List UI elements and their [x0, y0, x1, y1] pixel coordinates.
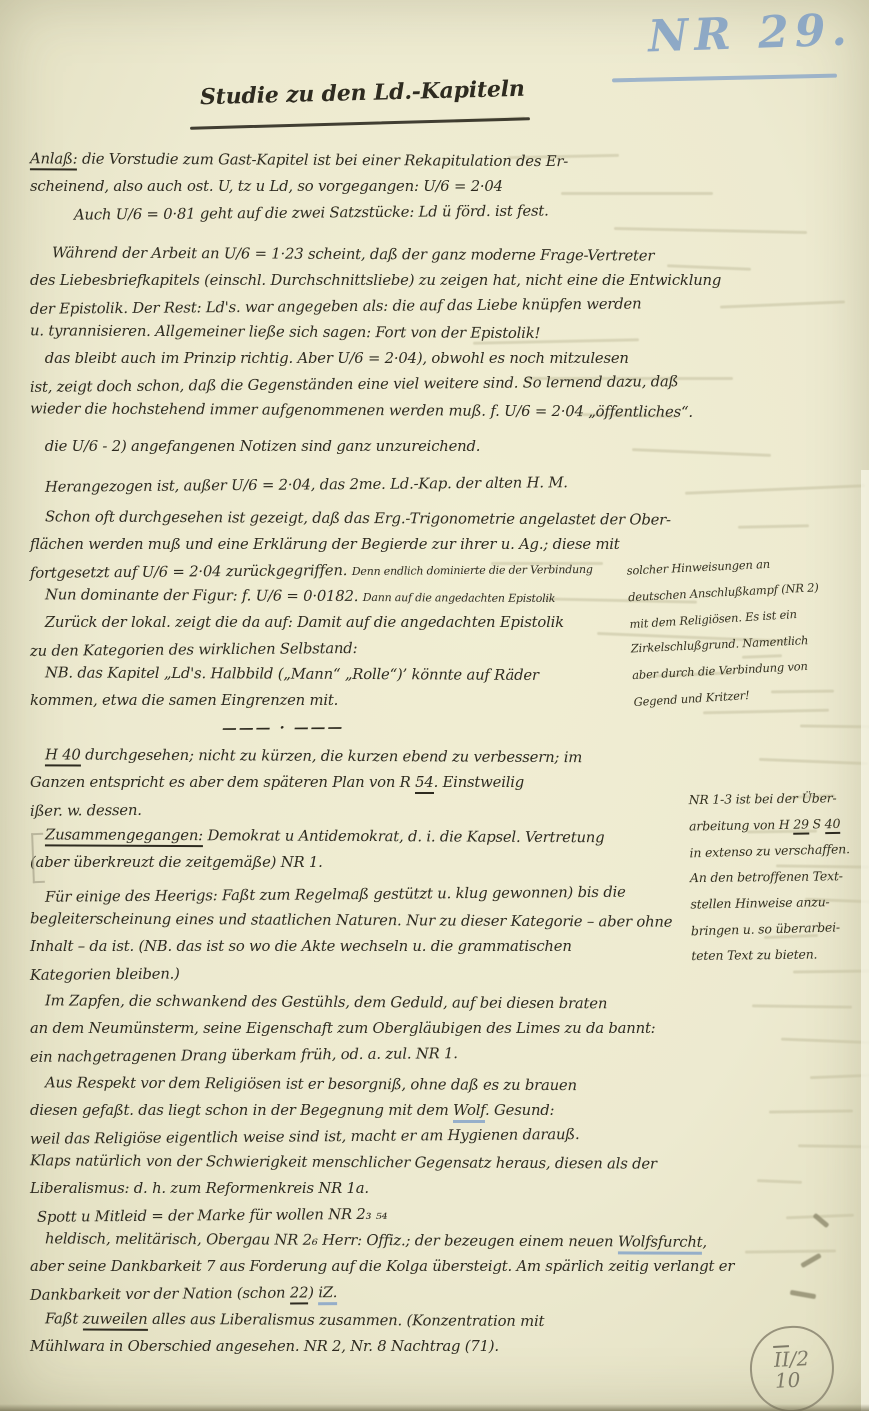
bleed-through-stroke [812, 1213, 829, 1228]
manuscript-page: NR 29. Studie zu den Ld.-Kapiteln Anlaß:… [0, 0, 869, 1411]
bleed-through-stroke [790, 1290, 816, 1299]
manuscript-line: Klaps natürlich von der Schwierigkeit me… [30, 1148, 675, 1177]
manuscript-line: Während der Arbeit an U/6 = 1·23 scheint… [52, 240, 675, 269]
manuscript-line: Kategorien bleiben.) [30, 957, 675, 989]
manuscript-line: Zusammengegangen: Demokrat u Antidemokra… [45, 822, 675, 851]
manuscript-line: Nun dominante der Figur: f. U/6 = 0·0182… [45, 582, 675, 611]
margin-note-line: NR 1-3 ist bei der Über- [688, 785, 866, 813]
margin-note-line: stellen Hinweise anzu- [690, 888, 868, 917]
bleed-through-stroke [759, 758, 868, 765]
manuscript-line: u. tyrannisieren. Allgemeiner ließe sich… [30, 318, 675, 347]
manuscript-line: Im Zapfen, die schwankend des Gestühls, … [45, 988, 675, 1017]
bleed-through-stroke [786, 1214, 854, 1220]
bleed-through-stroke [800, 724, 869, 728]
manuscript-line: wieder die hochstehend immer aufgenommen… [30, 396, 675, 425]
manuscript-line: des Liebesbriefkapitels (einschl. Durchs… [30, 268, 675, 294]
manuscript-line: diesen gefaßt. das liegt schon in der Be… [30, 1098, 675, 1124]
manuscript-line: Aus Respekt vor dem Religiösen ist er be… [45, 1070, 675, 1099]
bleed-through-stroke [798, 1144, 869, 1148]
manuscript-line: Liberalismus: d. h. zum Reformenkreis NR… [30, 1176, 675, 1202]
paper-edge-highlight [861, 470, 869, 1411]
bleed-through-stroke [738, 524, 809, 528]
manuscript-line: Auch U/6 = 0·81 geht auf die zwei Satzst… [74, 197, 675, 228]
margin-note-anschlusskampf: solcher Hinweisungen andeutschen Anschlu… [626, 546, 869, 714]
manuscript-line: das bleibt auch im Prinzip richtig. Aber… [45, 346, 675, 372]
manuscript-line: ißer. w. dessen. [30, 793, 675, 825]
bleed-through-stroke [800, 1253, 822, 1268]
manuscript-line: Faßt zuweilen alles aus Liberalismus zus… [45, 1306, 675, 1335]
pencil-bracket [31, 833, 45, 883]
stamp-page-number: 10 [774, 1370, 800, 1391]
bleed-through-stroke [752, 1004, 852, 1008]
manuscript-line: Inhalt – da ist. (NB. das ist so wo die … [30, 934, 675, 960]
manuscript-line: heldisch, melitärisch, Obergau NR 2₆ Her… [45, 1226, 675, 1255]
bleed-through-stroke [781, 1038, 869, 1046]
bleed-through-stroke [745, 1249, 836, 1253]
manuscript-line: Herangezogen ist, außer U/6 = 2·04, das … [45, 469, 675, 500]
manuscript-line: Ganzen entspricht es aber dem späteren P… [30, 770, 675, 796]
page-number-label: NR 29. [647, 4, 853, 62]
body-lines: Anlaß: die Vorstudie zum Gast-Kapitel is… [30, 148, 675, 1360]
archive-stamp: II/2 10 [748, 1324, 836, 1411]
bleed-through-stroke [769, 1109, 853, 1113]
bleed-through-stroke [757, 1179, 802, 1184]
margin-note-line: bringen u. so überarbei- [691, 914, 869, 945]
title-underline [190, 117, 530, 129]
manuscript-line: Schon oft durchgesehen ist gezeigt, daß … [45, 504, 675, 533]
manuscript-line: aber seine Dankbarkeit 7 aus Forderung a… [30, 1254, 675, 1280]
margin-note-nr1-3: NR 1-3 ist bei der Über-arbeitung von H … [688, 784, 869, 969]
bleed-through-stroke [720, 300, 845, 308]
manuscript-line: an dem Neumünsterm, seine Eigenschaft zu… [30, 1016, 675, 1042]
bleed-through-stroke [667, 264, 751, 271]
manuscript-line: begleiterscheinung eines und staatlichen… [30, 906, 675, 935]
margin-note-line: teten Text zu bieten. [691, 941, 869, 969]
manuscript-line: ein nachgetragenen Drang überkam früh, o… [30, 1039, 675, 1071]
bleed-through-stroke [685, 484, 865, 495]
manuscript-line: ——— · ——— [222, 712, 675, 742]
manuscript-line: (aber überkreuzt die zeitgemäße) NR 1. [30, 850, 675, 876]
manuscript-line: flächen werden muß und eine Erklärung de… [30, 532, 675, 558]
bleed-through-stroke [793, 969, 869, 973]
manuscript-line: scheinend, also auch ost. U, tz u Ld, so… [30, 174, 675, 200]
margin-note-line: An den betroffenen Text- [690, 863, 868, 891]
manuscript-line: H 40 durchgesehen; nicht zu kürzen, die … [45, 742, 675, 771]
manuscript-line: Anlaß: die Vorstudie zum Gast-Kapitel is… [30, 146, 675, 175]
manuscript-line: Mühlwara in Oberschied angesehen. NR 2, … [30, 1334, 675, 1360]
page-number-underline [612, 74, 837, 83]
manuscript-line: NB. das Kapitel „Ld's. Halbbild („Mann“ … [45, 660, 675, 689]
manuscript-line: Zurück der lokal. zeigt die da auf: Dami… [45, 610, 675, 636]
manuscript-line: die U/6 - 2) angefangenen Notizen sind g… [45, 434, 675, 460]
paper-edge-shadow [0, 1404, 869, 1411]
manuscript-line: kommen, etwa die samen Eingrenzen mit. [30, 688, 675, 714]
margin-note-line: in extenso zu verschaffen. [689, 836, 868, 867]
page-title: Studie zu den Ld.-Kapiteln [200, 76, 525, 110]
manuscript-line: Dankbarkeit vor der Nation (schon 22) iZ… [30, 1277, 675, 1309]
margin-note-line: arbeitung von H 29 S 40 [689, 810, 867, 839]
